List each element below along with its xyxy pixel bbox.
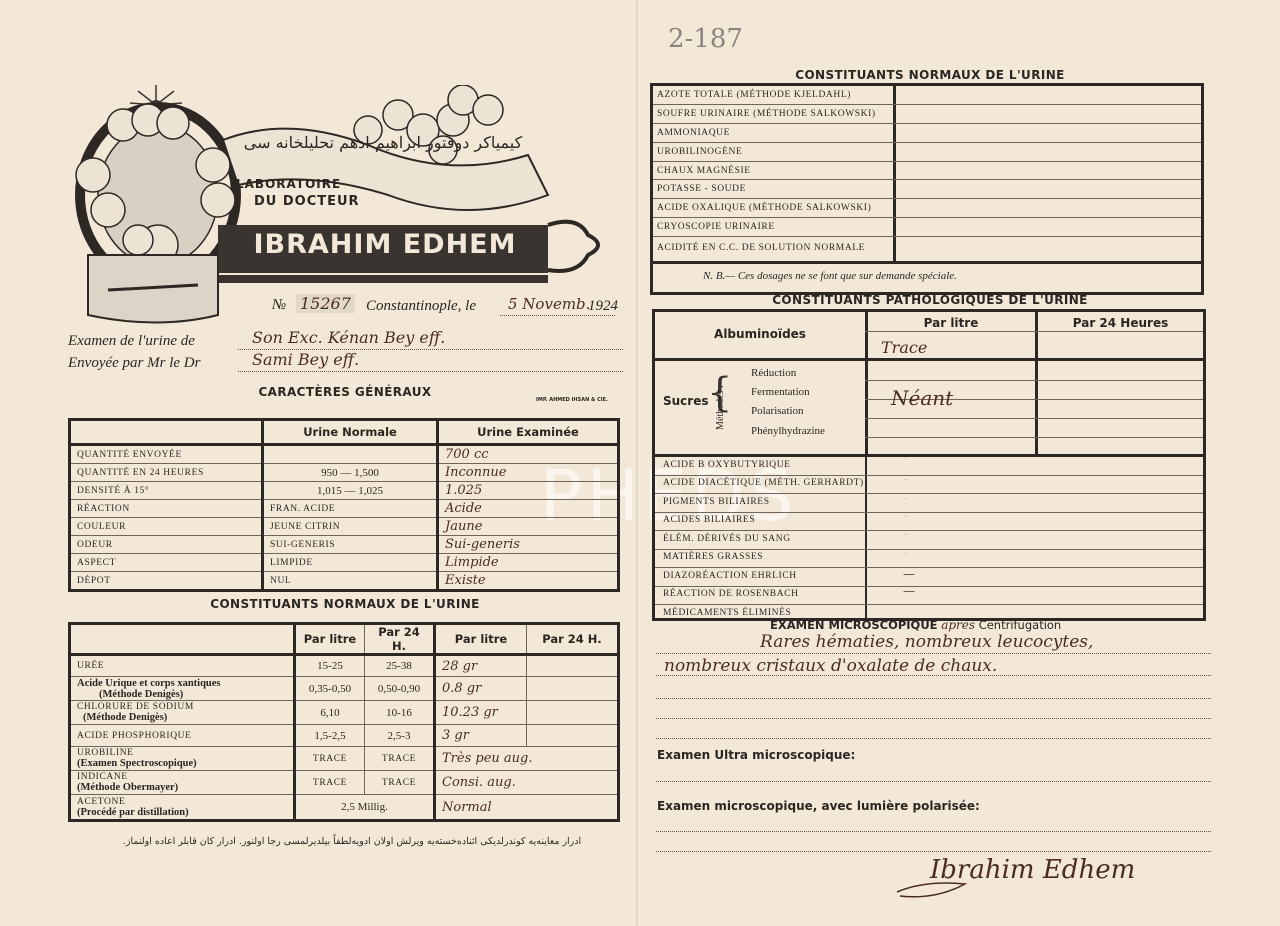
normaux-left-table: Par litre Par 24 H. Par litre Par 24 H. … (68, 622, 620, 822)
row-label: ACIDE OXALIQUE (Méthode Salkowski) (657, 203, 871, 213)
row-label: Quantité envoyée (70, 445, 263, 464)
method-polarisation: Polarisation (751, 405, 804, 417)
table-row: Quantité en 24 heures950 — 1,500Inconnue (70, 464, 619, 482)
dotted-line (656, 851, 1211, 852)
result-24h[interactable] (527, 677, 619, 701)
result-24h[interactable] (527, 701, 619, 725)
table-row: RéactionFRAN. ACIDEAcide (70, 500, 619, 518)
microscopique-heading: EXAMEN MICROSCOPIQUE après Centrifugatio… (770, 618, 1061, 632)
sent-by-label: Envoyée par Mr le Dr (68, 355, 200, 372)
caracteres-header-blank (70, 420, 263, 445)
ultra-label: Examen Ultra microscopique: (657, 748, 855, 762)
dotted-line (656, 718, 1211, 719)
sucres-label: Sucres (663, 394, 709, 408)
normal-value: 1,015 — 1,025 (263, 482, 438, 500)
row-label: ACETONE (77, 797, 287, 807)
normal-24h: 10-16 (365, 701, 435, 725)
row-label: URÉE (77, 661, 287, 671)
normal-litre: 15-25 (295, 655, 365, 677)
result-litre[interactable]: 3 gr (435, 725, 527, 747)
table-row: Acide Urique et corps xantiques(Méthode … (70, 677, 619, 701)
row-label: ACIDE β OXYBUTYRIQUE (663, 460, 791, 470)
doctor-name: IBRAHIM EDHEM (220, 229, 550, 260)
row-label: CRYOSCOPIE URINAIRE (657, 222, 775, 232)
row-label: DIAZORÉACTION EHRLICH (663, 571, 797, 581)
row-label: UROBILINOGÈNE (657, 147, 742, 157)
number-label: № (272, 297, 286, 314)
microscopique-line-2[interactable]: nombreux cristaux d'oxalate de chaux. (664, 656, 997, 676)
nb-note: N. B.— Ces dosages ne se font que sur de… (703, 270, 957, 282)
table-row: ACETONE(Procédé par distillation)2,5 Mil… (70, 795, 619, 821)
printer-mark: IMP. AHMED IHSAN & CIE. (536, 397, 608, 403)
header-par-litre: Par litre (867, 316, 1035, 330)
table-row: Densité à 15°1,015 — 1,0251.025 (70, 482, 619, 500)
header-par-24-heures: Par 24 Heures (1038, 316, 1203, 330)
row-label: Couleur (70, 518, 263, 536)
note-divider (653, 261, 1201, 264)
row-value[interactable]: — (903, 567, 915, 581)
header-result-24h: Par 24 H. (527, 624, 619, 655)
pathologiques-box: Albuminoïdes Par litre Par 24 Heures Tra… (652, 309, 1206, 621)
date-value: 5 Novemb. (508, 295, 590, 313)
table-row: AspectLIMPIDELimpide (70, 554, 619, 572)
row-label: CHLORURE DE SODIUM (77, 702, 287, 712)
row-sublabel: (Méthode Denigès) (77, 689, 287, 700)
table-row: URÉE15-2525-3828 gr (70, 655, 619, 677)
normal-value: NUL (263, 572, 438, 591)
examined-value[interactable]: 1.025 (438, 482, 619, 500)
du-docteur-label: DU DOCTEUR (254, 194, 360, 209)
examined-value[interactable]: Inconnue (438, 464, 619, 482)
caracteres-table: Urine Normale Urine Examinée Quantité en… (68, 418, 620, 592)
row-label: Réaction (70, 500, 263, 518)
row-label: ACIDITÉ EN c.c. DE SOLUTION NORMALE (657, 243, 865, 253)
row-label: UROBILINE (77, 748, 287, 758)
normal-24h: 0,50-0,90 (365, 677, 435, 701)
result-24h[interactable] (527, 725, 619, 747)
examined-value[interactable]: Sui-generis (438, 536, 619, 554)
place-label: Constantinople, le (366, 298, 476, 315)
year-value: 1924 (588, 298, 618, 315)
row-label: ACIDES BILIAIRES (663, 515, 755, 525)
examined-value[interactable]: Limpide (438, 554, 619, 572)
table-row: INDICANE(Méthode Obermayer)TRACETRACECon… (70, 771, 619, 795)
nb-note-text: N. B.— Ces dosages ne se font que sur de… (703, 270, 957, 282)
microscopique-insert: après (941, 618, 975, 632)
row-label: Densité à 15° (70, 482, 263, 500)
row-sublabel: (Méthode Obermayer) (77, 782, 287, 793)
row-label: Dépot (70, 572, 263, 591)
dotted-line (656, 653, 1211, 654)
table-row: CHLORURE DE SODIUM(Méthode Denigès)6,101… (70, 701, 619, 725)
doctor-line (238, 371, 623, 372)
header-result-litre: Par litre (435, 624, 527, 655)
normal-litre: TRACE (295, 771, 365, 795)
normal-value: 950 — 1,500 (263, 464, 438, 482)
microscopique-title: EXAMEN MICROSCOPIQUE (770, 618, 938, 632)
normal-value: SUI-GENERIS (263, 536, 438, 554)
row-label: Acide Urique et corps xantiques (77, 678, 287, 689)
normaux-right-title: CONSTITUANTS NORMAUX DE L'URINE (760, 68, 1100, 82)
row-label: SOUFRE URINAIRE (Méthode Salkowski) (657, 109, 876, 119)
normal-litre: 1,5-2,5 (295, 725, 365, 747)
microscopique-suffix: Centrifugation (979, 618, 1062, 632)
row-sublabel: (Méthode Denigès) (77, 712, 287, 723)
row-label: AZOTE TOTALE (Méthode Kjeldahl) (657, 90, 851, 100)
normal-value: FRAN. ACIDE (263, 500, 438, 518)
normal-litre: 0,35-0,50 (295, 677, 365, 701)
table-row: UROBILINE(Examen Spectroscopique)TRACETR… (70, 747, 619, 771)
caracteres-title: CARACTÈRES GÉNÉRAUX (200, 385, 490, 399)
caracteres-header-normal: Urine Normale (263, 420, 438, 445)
normal-litre: 6,10 (295, 701, 365, 725)
normal-litre: 2,5 Millig. (295, 795, 435, 821)
normal-24h: 2,5-3 (365, 725, 435, 747)
normal-24h: 25-38 (365, 655, 435, 677)
dotted-line (656, 675, 1211, 676)
arabic-footnote: ادرار معاینه‌یه کوندرلدیکی اثناده‌خسته‌ی… (92, 836, 612, 847)
albuminoides-label: Albuminoïdes (655, 327, 865, 341)
report-number: 15267 (296, 294, 355, 313)
row-sublabel: (Examen Spectroscopique) (77, 758, 287, 769)
examined-value[interactable]: Acide (438, 500, 619, 518)
method-reduction: Réduction (751, 367, 796, 379)
row-label: ACIDE DIACÉTIQUE (Méth. Gerhardt) (663, 478, 864, 488)
row-label: ÉLÉM. DÉRIVÉS DU SANG (663, 534, 791, 544)
examined-value[interactable]: Existe (438, 572, 619, 591)
normaux-left-title: CONSTITUANTS NORMAUX DE L'URINE (170, 597, 520, 611)
polar-label: Examen microscopique, avec lumière polar… (657, 799, 980, 813)
header-par-litre: Par litre (295, 624, 365, 655)
examined-value[interactable]: 700 cc (438, 445, 619, 464)
row-label: ACIDE PHOSPHORIQUE (77, 731, 287, 741)
column-divider (893, 86, 896, 264)
table-row: OdeurSUI-GENERISSui-generis (70, 536, 619, 554)
row-label: MATIÈRES GRASSES (663, 552, 763, 562)
caracteres-header-examined: Urine Examinée (438, 420, 619, 445)
normal-24h: TRACE (365, 747, 435, 771)
examined-value[interactable]: Jaune (438, 518, 619, 536)
header-blank (70, 624, 295, 655)
row-label: MÉDICAMENTS ÉLIMINÉS (663, 608, 791, 618)
patient-name[interactable]: Son Exc. Kénan Bey eff. (252, 328, 445, 347)
row-label: RÉACTION DE ROSENBACH (663, 589, 799, 599)
normal-value (263, 445, 438, 464)
row-label: Odeur (70, 536, 263, 554)
table-row: DépotNULExiste (70, 572, 619, 591)
row-label: AMMONIAQUE (657, 128, 730, 138)
dotted-line (656, 831, 1211, 832)
sucres-value[interactable]: Néant (891, 386, 953, 410)
table-row: ACIDE PHOSPHORIQUE1,5-2,52,5-33 gr (70, 725, 619, 747)
row-label: INDICANE (77, 772, 287, 782)
laboratoire-label: LABORATOIRE (236, 177, 341, 191)
exam-label: Examen de l'urine de (68, 333, 195, 350)
microscopique-line-1[interactable]: Rares hématies, nombreux leucocytes, (760, 632, 1093, 652)
method-phenylhydrazine: Phénylhydrazine (751, 425, 825, 437)
row-label: POTASSE - SOUDE (657, 184, 746, 194)
sending-doctor[interactable]: Sami Bey eff. (252, 350, 359, 369)
method-fermentation: Fermentation (751, 386, 810, 398)
date-line (500, 315, 615, 316)
pathologiques-title: CONSTITUANTS PATHOLOGIQUES DE L'URINE (760, 293, 1100, 307)
albumin-value[interactable]: Trace (881, 338, 927, 357)
archive-number: 2-187 (668, 24, 743, 54)
result-litre[interactable]: 0.8 gr (435, 677, 527, 701)
table-row: CouleurJEUNE CITRINJaune (70, 518, 619, 536)
normal-value: LIMPIDE (263, 554, 438, 572)
result-litre[interactable]: 10.23 gr (435, 701, 527, 725)
methodes-label: Méthodes : (715, 385, 726, 430)
result-24h[interactable] (527, 655, 619, 677)
row-label: CHAUX MAGNÉSIE (657, 166, 751, 176)
normal-value: JEUNE CITRIN (263, 518, 438, 536)
normal-24h: TRACE (365, 771, 435, 795)
row-sublabel: (Procédé par distillation) (77, 807, 287, 818)
header-par-24h: Par 24 H. (365, 624, 435, 655)
letterhead: کیمیاکر دوقتور ابراهیم ادهم تحلیلخانه سی… (68, 85, 628, 325)
result-litre[interactable]: Normal (435, 795, 619, 821)
result-litre[interactable]: Consi. aug. (435, 771, 619, 795)
dotted-line (656, 781, 1211, 782)
signature-flourish-icon (895, 872, 975, 902)
row-label: Aspect (70, 554, 263, 572)
arabic-banner: کیمیاکر دوقتور ابراهیم ادهم تحلیلخانه سی (238, 133, 528, 152)
table-row: Quantité envoyée700 cc (70, 445, 619, 464)
row-label: PIGMENTS BILIAIRES (663, 497, 770, 507)
dotted-line (656, 738, 1211, 739)
normal-litre: TRACE (295, 747, 365, 771)
dotted-line (656, 698, 1211, 699)
normaux-right-box: AZOTE TOTALE (Méthode Kjeldahl) SOUFRE U… (650, 83, 1204, 295)
result-litre[interactable]: 28 gr (435, 655, 527, 677)
row-label: Quantité en 24 heures (70, 464, 263, 482)
result-litre[interactable]: Très peu aug. (435, 747, 619, 771)
